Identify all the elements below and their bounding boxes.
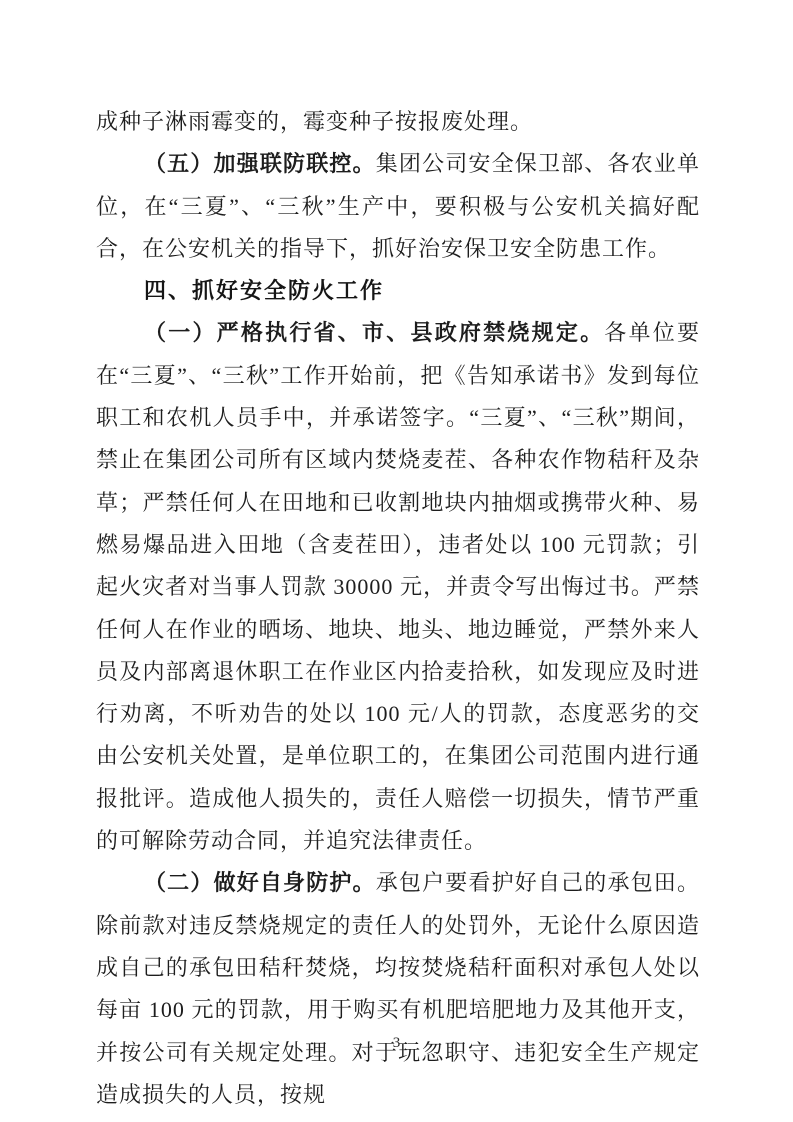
paragraph-item-2: （二）做好自身防护。承包户要看护好自己的承包田。除前款对违反禁烧规定的责任人的处… (96, 862, 700, 1116)
paragraph-item-5: （五）加强联防联控。集团公司安全保卫部、各农业单位，在“三夏”、“三秋”生产中，… (96, 143, 700, 270)
page-footer: 3 (0, 1033, 793, 1053)
paragraph-item-1-lead: （一）严格执行省、市、县政府禁烧规定。 (144, 320, 604, 345)
paragraph-item-5-lead: （五）加强联防联控。 (144, 151, 376, 176)
paragraph-item-1: （一）严格执行省、市、县政府禁烧规定。各单位要在“三夏”、“三秋”工作开始前，把… (96, 312, 700, 862)
section-heading-fire-safety: 四、抓好安全防火工作 (96, 270, 700, 312)
paragraph-continuation: 成种子淋雨霉变的，霉变种子按报废处理。 (96, 101, 700, 143)
page-number: 3 (393, 1035, 401, 1051)
document-body: 成种子淋雨霉变的，霉变种子按报废处理。 （五）加强联防联控。集团公司安全保卫部、… (96, 101, 700, 1116)
document-page: 成种子淋雨霉变的，霉变种子按报废处理。 （五）加强联防联控。集团公司安全保卫部、… (0, 0, 793, 1122)
paragraph-item-2-lead: （二）做好自身防护。 (144, 870, 376, 895)
paragraph-item-1-body: 各单位要在“三夏”、“三秋”工作开始前，把《告知承诺书》发到每位职工和农机人员手… (96, 320, 700, 853)
paragraph-item-2-body: 承包户要看护好自己的承包田。除前款对违反禁烧规定的责任人的处罚外，无论什么原因造… (96, 870, 700, 1106)
